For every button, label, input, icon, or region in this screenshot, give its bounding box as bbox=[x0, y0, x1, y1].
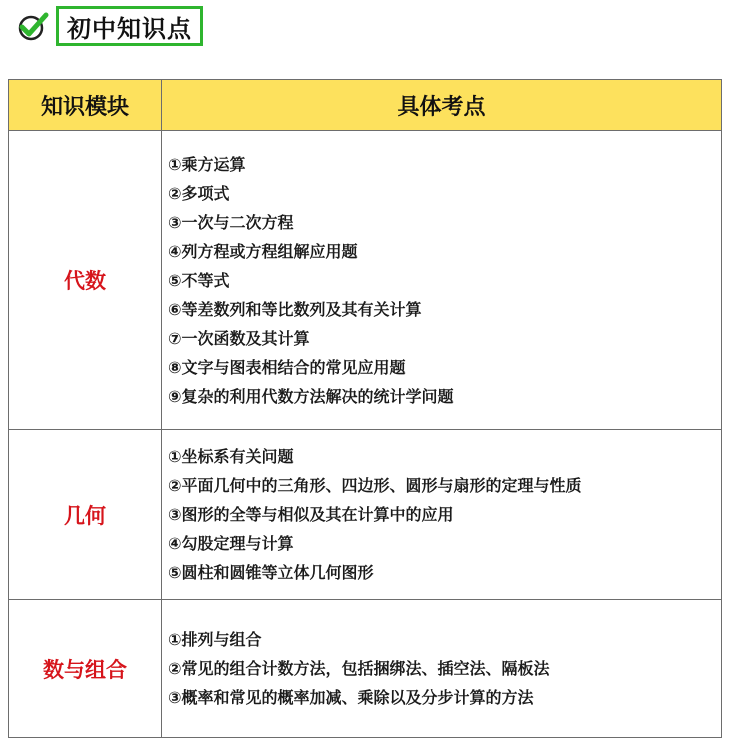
points-cell: ①排列与组合 ②常见的组合计数方法，包括捆绑法、插空法、隔板法 ③概率和常见的概… bbox=[162, 600, 722, 738]
module-cell: 代数 bbox=[9, 131, 162, 430]
point-item: ③一次与二次方程 bbox=[168, 208, 721, 237]
point-item: ③概率和常见的概率加减、乘除以及分步计算的方法 bbox=[168, 683, 721, 712]
point-item: ②常见的组合计数方法，包括捆绑法、插空法、隔板法 bbox=[168, 654, 721, 683]
point-item: ⑦一次函数及其计算 bbox=[168, 324, 721, 353]
header-points: 具体考点 bbox=[162, 80, 722, 131]
point-item: ④列方程或方程组解应用题 bbox=[168, 237, 721, 266]
check-circle-icon bbox=[16, 9, 50, 43]
point-item: ③图形的全等与相似及其在计算中的应用 bbox=[168, 500, 721, 529]
points-cell: ①坐标系有关问题 ②平面几何中的三角形、四边形、圆形与扇形的定理与性质 ③图形的… bbox=[162, 430, 722, 600]
module-cell: 数与组合 bbox=[9, 600, 162, 738]
table-row: 几何 ①坐标系有关问题 ②平面几何中的三角形、四边形、圆形与扇形的定理与性质 ③… bbox=[9, 430, 722, 600]
module-cell: 几何 bbox=[9, 430, 162, 600]
table-row: 数与组合 ①排列与组合 ②常见的组合计数方法，包括捆绑法、插空法、隔板法 ③概率… bbox=[9, 600, 722, 738]
point-item: ①排列与组合 bbox=[168, 625, 721, 654]
point-item: ④勾股定理与计算 bbox=[168, 529, 721, 558]
table-header-row: 知识模块 具体考点 bbox=[9, 80, 722, 131]
title-row: 初中知识点 bbox=[16, 6, 203, 46]
header-module: 知识模块 bbox=[9, 80, 162, 131]
points-cell: ①乘方运算 ②多项式 ③一次与二次方程 ④列方程或方程组解应用题 ⑤不等式 ⑥等… bbox=[162, 131, 722, 430]
page-title: 初中知识点 bbox=[56, 6, 203, 46]
point-item: ⑥等差数列和等比数列及其有关计算 bbox=[168, 295, 721, 324]
point-item: ⑤圆柱和圆锥等立体几何图形 bbox=[168, 558, 721, 587]
point-item: ⑧文字与图表相结合的常见应用题 bbox=[168, 353, 721, 382]
knowledge-table: 知识模块 具体考点 代数 ①乘方运算 ②多项式 ③一次与二次方程 ④列方程或方程… bbox=[8, 79, 722, 738]
point-item: ⑤不等式 bbox=[168, 266, 721, 295]
point-item: ②平面几何中的三角形、四边形、圆形与扇形的定理与性质 bbox=[168, 471, 721, 500]
table-row: 代数 ①乘方运算 ②多项式 ③一次与二次方程 ④列方程或方程组解应用题 ⑤不等式… bbox=[9, 131, 722, 430]
point-item: ⑨复杂的利用代数方法解决的统计学问题 bbox=[168, 382, 721, 411]
point-item: ①乘方运算 bbox=[168, 150, 721, 179]
point-item: ②多项式 bbox=[168, 179, 721, 208]
point-item: ①坐标系有关问题 bbox=[168, 442, 721, 471]
